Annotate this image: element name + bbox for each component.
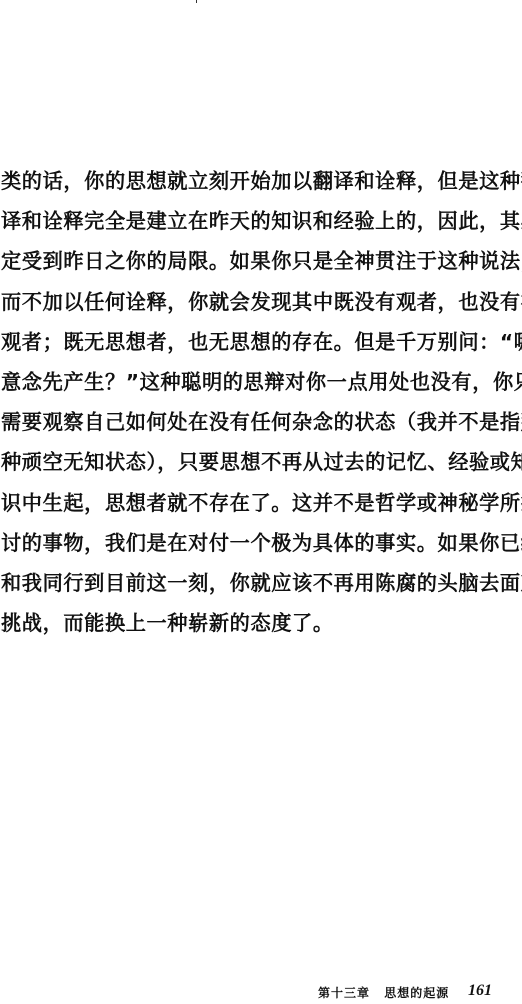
page-number: 161	[468, 982, 492, 1000]
chapter-label: 第十三章	[318, 986, 370, 1000]
paragraph: 类的话，你的思想就立刻开始加以翻译和诠释，但是这种翻 译和诠释完全是建立在昨天的…	[1, 161, 522, 643]
text-line: 而不加以任何诠释，你就会发现其中既没有观者，也没有被	[1, 282, 522, 322]
text-line: 挑战，而能换上一种崭新的态度了。	[1, 603, 522, 643]
text-line: 种顽空无知状态），只要思想不再从过去的记忆、经验或知	[1, 442, 522, 482]
text-line: 译和诠释完全是建立在昨天的知识和经验上的，因此，其必	[1, 201, 522, 241]
text-line: 需要观察自己如何处在没有任何杂念的状态（我并不是指那	[1, 402, 522, 442]
chapter-title: 思想的起源	[384, 986, 449, 1000]
text-line: 类的话，你的思想就立刻开始加以翻译和诠释，但是这种翻	[1, 161, 522, 201]
text-line: 讨的事物，我们是在对付一个极为具体的事实。如果你已经	[1, 523, 522, 563]
book-page: 类的话，你的思想就立刻开始加以翻译和诠释，但是这种翻 译和诠释完全是建立在昨天的…	[0, 0, 522, 1004]
text-line: 识中生起，思想者就不存在了。这并不是哲学或神秘学所探	[1, 483, 522, 523]
text-line: 定受到昨日之你的局限。如果你只是全神贯注于这种说法，	[1, 241, 522, 281]
text-line: 和我同行到目前这一刻，你就应该不再用陈腐的头脑去面对	[1, 563, 522, 603]
text-line: 意念先产生？”这种聪明的思辩对你一点用处也没有，你只	[1, 362, 522, 402]
scan-mark	[196, 0, 197, 3]
running-footer: 第十三章 思想的起源 161	[318, 984, 449, 1002]
text-line: 观者；既无思想者，也无思想的存在。但是千万别问：“哪个	[1, 322, 522, 362]
